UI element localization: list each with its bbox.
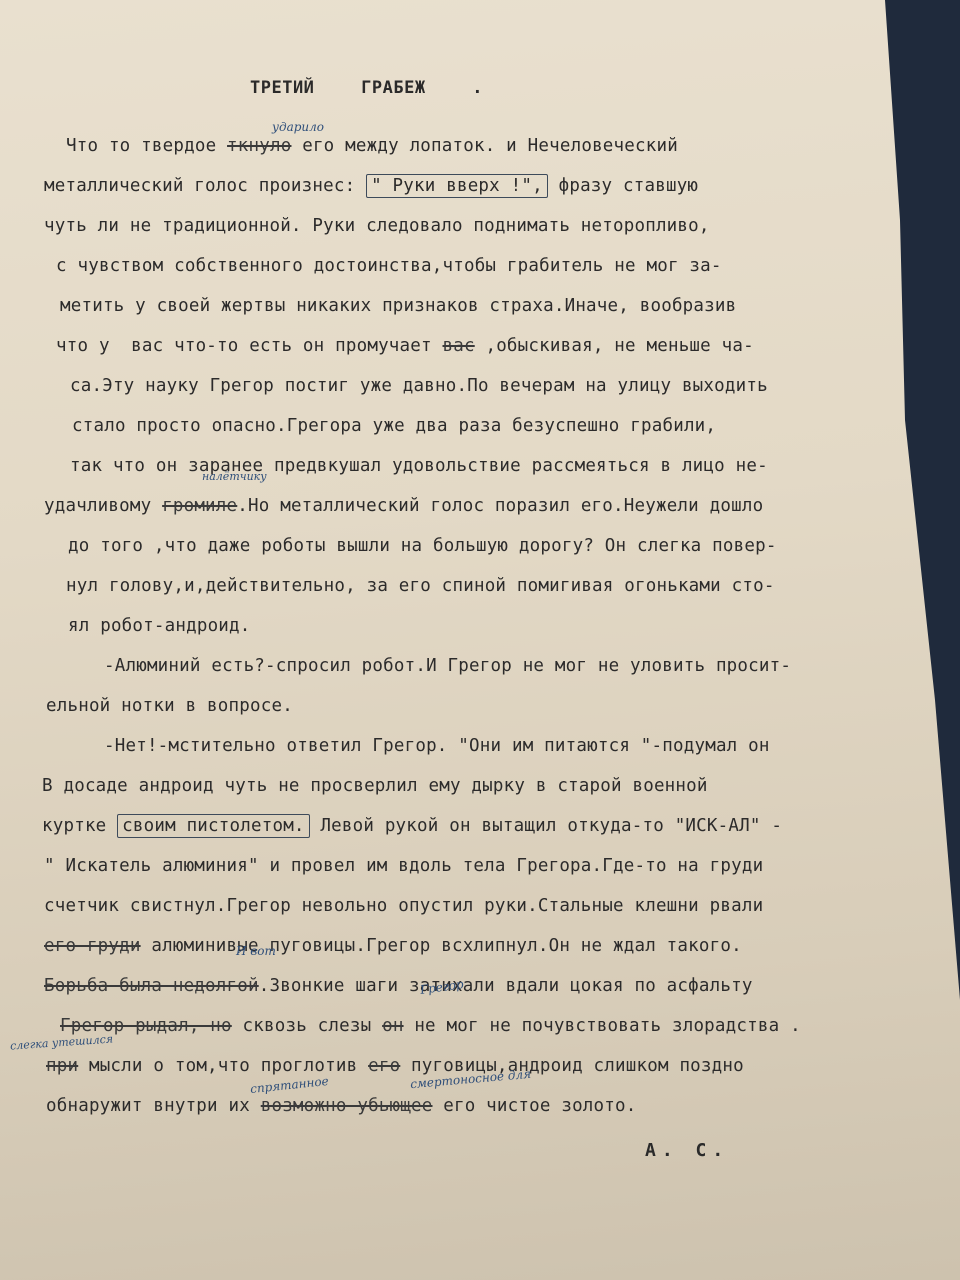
line-text: Левой рукой он вытащил откуда-то "ИСК-АЛ… bbox=[310, 816, 782, 836]
text-line: Что то твердое ткнуло его между лопаток.… bbox=[66, 136, 678, 156]
struck-text: громиле bbox=[162, 496, 237, 516]
text-line: куртке своим пистолетом. Левой рукой он … bbox=[42, 816, 782, 836]
text-line: ельной нотки в вопросе. bbox=[46, 696, 293, 716]
struck-text: его bbox=[368, 1056, 400, 1076]
text-line: что у вас что-то есть он промучает вас ,… bbox=[56, 336, 754, 356]
line-text: са.Эту науку Грегор постиг уже давно.По … bbox=[70, 376, 768, 396]
boxed-text: " Руки вверх !", bbox=[366, 174, 548, 198]
text-line: -Нет!-мстительно ответил Грегор. "Они им… bbox=[104, 736, 770, 756]
struck-text: Грегор рыдал, но bbox=[60, 1016, 232, 1036]
line-text: .Звонкие шаги затихали вдали цокая по ас… bbox=[259, 976, 753, 996]
text-line: при мысли о том,что проглотив его пугови… bbox=[46, 1056, 744, 1076]
text-line: счетчик свистнул.Грегор невольно опустил… bbox=[44, 896, 763, 916]
text-line: его груди алюминивые пуговицы.Грегор всх… bbox=[44, 936, 742, 956]
struck-text: он bbox=[382, 1016, 403, 1036]
line-text: его чистое золото. bbox=[433, 1096, 637, 1116]
line-text: не мог не почувствовать злорадства . bbox=[404, 1016, 801, 1036]
struck-text: вас bbox=[443, 336, 475, 356]
line-text: " Искатель алюминия" и провел им вдоль т… bbox=[44, 856, 763, 876]
typewritten-page: ТРЕТИЙ ГРАБЕЖ . Что то твердое ткнуло ег… bbox=[0, 0, 960, 1280]
struck-text: ткнуло bbox=[227, 136, 291, 156]
line-text: чуть ли не традиционной. Руки следовало … bbox=[44, 216, 710, 236]
line-text: стало просто опасно.Грегора уже два раза… bbox=[72, 416, 716, 436]
text-line: нул голову,и,действительно, за его спино… bbox=[66, 576, 775, 596]
line-text: ,обыскивая, не меньше ча- bbox=[475, 336, 754, 356]
line-text: нул голову,и,действительно, за его спино… bbox=[66, 576, 775, 596]
line-text: с чувством собственного достоинства,чтоб… bbox=[56, 256, 722, 276]
line-text: сквозь слезы bbox=[232, 1016, 382, 1036]
text-line: до того ,что даже роботы вышли на большу… bbox=[68, 536, 777, 556]
text-line: Борьба была недолгой.Звонкие шаги затиха… bbox=[44, 976, 753, 996]
line-text: ял робот-андроид. bbox=[68, 616, 251, 636]
line-text: счетчик свистнул.Грегор невольно опустил… bbox=[44, 896, 763, 916]
text-line: чуть ли не традиционной. Руки следовало … bbox=[44, 216, 710, 236]
line-text: алюминивые пуговицы.Грегор всхлипнул.Он … bbox=[141, 936, 742, 956]
line-text: удачливому bbox=[44, 496, 162, 516]
line-text: фразу ставшую bbox=[548, 176, 698, 196]
author-signature: А. С. bbox=[645, 1140, 729, 1161]
line-text: что у вас что-то есть он промучает bbox=[56, 336, 443, 356]
line-text: -Нет!-мстительно ответил Грегор. "Они им… bbox=[104, 736, 770, 756]
struck-text: его груди bbox=[44, 936, 141, 956]
line-text: ельной нотки в вопросе. bbox=[46, 696, 293, 716]
handwritten-correction-spryatannoe: спрятанное bbox=[249, 1074, 329, 1096]
line-text: В досаде андроид чуть не просверлил ему … bbox=[42, 776, 708, 796]
text-line: " Искатель алюминия" и провел им вдоль т… bbox=[44, 856, 763, 876]
text-line: стало просто опасно.Грегора уже два раза… bbox=[72, 416, 716, 436]
line-text: так что он заранее предвкушал удовольств… bbox=[70, 456, 768, 476]
line-text: его между лопаток. и Нечеловеческий bbox=[291, 136, 678, 156]
text-line: металлический голос произнес: " Руки вве… bbox=[44, 176, 698, 196]
text-line: с чувством собственного достоинства,чтоб… bbox=[56, 256, 722, 276]
line-text: куртке bbox=[42, 816, 117, 836]
line-text: .Но металлический голос поразил его.Неуж… bbox=[237, 496, 763, 516]
handwritten-margin-note: слегка утешился bbox=[10, 1032, 114, 1052]
handwritten-correction-naletchiku: налётчику bbox=[202, 470, 267, 483]
line-text: обнаружит внутри их bbox=[46, 1096, 261, 1116]
text-line: так что он заранее предвкушал удовольств… bbox=[70, 456, 768, 476]
text-line: удачливому громиле.Но металлический голо… bbox=[44, 496, 763, 516]
line-text: металлический голос произнес: bbox=[44, 176, 366, 196]
line-text: Что то твердое bbox=[66, 136, 227, 156]
line-text: мысли о том,что проглотив bbox=[78, 1056, 368, 1076]
line-text: до того ,что даже роботы вышли на большу… bbox=[68, 536, 777, 556]
handwritten-correction-udarilo: ударило bbox=[272, 120, 324, 134]
boxed-text: своим пистолетом. bbox=[117, 814, 310, 838]
text-line: ял робот-андроид. bbox=[68, 616, 251, 636]
struck-text: возможно убьющее bbox=[261, 1096, 433, 1116]
text-line: са.Эту науку Грегор постиг уже давно.По … bbox=[70, 376, 768, 396]
text-line: -Алюминий есть?-спросил робот.И Грегор н… bbox=[104, 656, 791, 676]
page-title: ТРЕТИЙ ГРАБЕЖ . bbox=[250, 78, 483, 98]
text-line: метить у своей жертвы никаких признаков … bbox=[60, 296, 736, 316]
text-line: обнаружит внутри их возможно убьющее его… bbox=[46, 1096, 636, 1116]
struck-text: при bbox=[46, 1056, 78, 1076]
struck-text: Борьба была недолгой bbox=[44, 976, 259, 996]
text-line: Грегор рыдал, но сквозь слезы он не мог … bbox=[60, 1016, 801, 1036]
text-line: В досаде андроид чуть не просверлил ему … bbox=[42, 776, 708, 796]
line-text: метить у своей жертвы никаких признаков … bbox=[60, 296, 736, 316]
handwritten-correction-i-vot: И вот bbox=[236, 944, 276, 958]
line-text: -Алюминий есть?-спросил робот.И Грегор н… bbox=[104, 656, 791, 676]
